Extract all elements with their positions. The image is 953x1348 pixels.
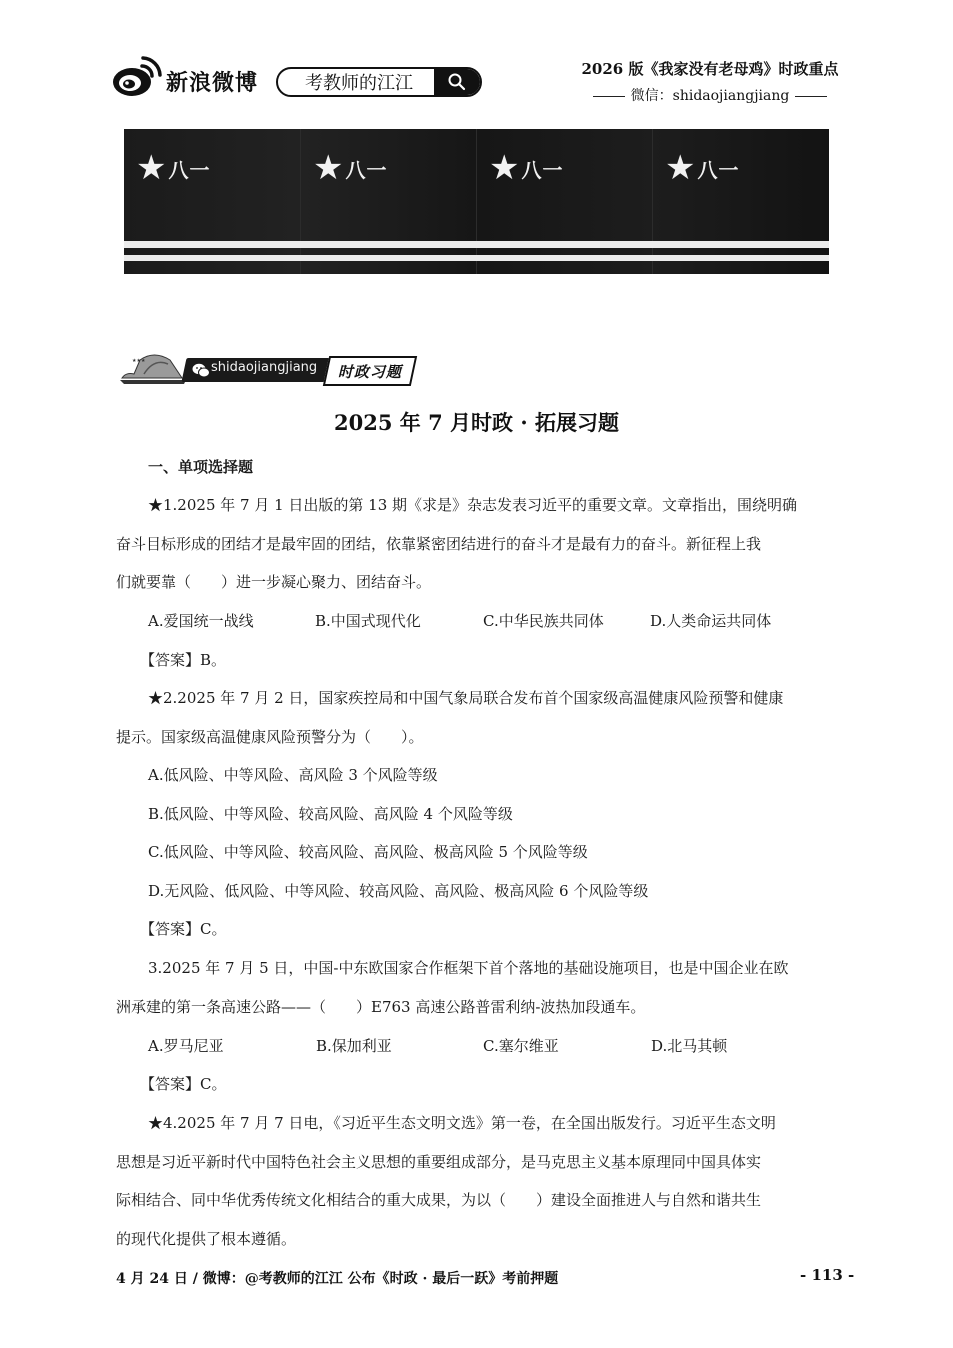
banner-stripe xyxy=(124,255,829,261)
question-3-line: 3.2025 年 7 月 5 日，中国-中东欧国家合作框架下首个落地的基础设施项… xyxy=(116,958,878,978)
svg-text:★★★: ★★★ xyxy=(132,358,146,364)
decorative-illustration-icon: ★★★ xyxy=(120,352,188,384)
banner-seam xyxy=(652,129,653,274)
footer-note: 4 月 24 日 / 微博：@考教师的江江 公布《时政 · 最后一跃》考前押题 xyxy=(116,1268,558,1288)
section-badge: ★★★ shidaojiangjiang 时政习题 xyxy=(116,352,412,386)
answer-1: 【答案】B。 xyxy=(116,650,870,670)
option-c: C.低风险、中等风险、较高风险、高风险、极高风险 5 个风险等级 xyxy=(116,842,878,862)
star-icon: ★ xyxy=(313,151,343,185)
question-1-line: 们就要靠（ ）进一步凝心聚力、团结奋斗。 xyxy=(116,572,846,592)
search-button[interactable] xyxy=(434,69,480,95)
document-title: 2025 年 7 月时政 · 拓展习题 xyxy=(0,407,953,437)
banner-stripe xyxy=(124,241,829,248)
option-b: B.保加利亚 xyxy=(316,1036,483,1056)
header-book-info: 2026 版《我家没有老母鸡》时政重点 微信：shidaojiangjiang xyxy=(560,58,860,105)
option-b: B.中国式现代化 xyxy=(315,611,483,631)
bayi-emblem: ★八一 xyxy=(665,151,739,185)
banner-seam xyxy=(476,129,477,274)
badge-wechat-id: shidaojiangjiang xyxy=(211,360,317,375)
star-icon: ★ xyxy=(665,151,695,185)
divider xyxy=(795,96,827,97)
option-c: C.中华民族共同体 xyxy=(483,611,650,631)
bayi-emblem: ★八一 xyxy=(136,151,210,185)
wechat-line: 微信：shidaojiangjiang xyxy=(560,85,860,105)
section-heading: 一、单项选择题 xyxy=(116,457,878,477)
weibo-search-box[interactable]: 考教师的江江 xyxy=(276,67,482,97)
option-a: A.爱国统一战线 xyxy=(148,611,315,631)
question-4-line: 的现代化提供了根本遵循。 xyxy=(116,1229,846,1249)
search-icon xyxy=(447,72,467,92)
book-title: 2026 版《我家没有老母鸡》时政重点 xyxy=(560,58,860,79)
weibo-logo-icon xyxy=(112,52,162,98)
star-icon: ★ xyxy=(136,151,166,185)
question-1-options: A.爱国统一战线 B.中国式现代化 C.中华民族共同体 D.人类命运共同体 xyxy=(116,611,878,631)
option-a: A.罗马尼亚 xyxy=(148,1036,316,1056)
weibo-brand-name: 新浪微博 xyxy=(166,66,258,97)
wechat-icon xyxy=(192,363,210,378)
question-4-line: ★4.2025 年 7 月 7 日电，《习近平生态文明文选》第一卷，在全国出版发… xyxy=(116,1113,878,1133)
option-c: C.塞尔维亚 xyxy=(483,1036,651,1056)
star-icon: ★ xyxy=(489,151,519,185)
search-query: 考教师的江江 xyxy=(278,69,434,95)
option-d: D.人类命运共同体 xyxy=(650,611,771,631)
option-d: D.无风险、低风险、中等风险、较高风险、高风险、极高风险 6 个风险等级 xyxy=(116,881,878,901)
question-2-line: 提示。国家级高温健康风险预警分为（ ）。 xyxy=(116,727,846,747)
question-2-line: ★2.2025 年 7 月 2 日，国家疾控局和中国气象局联合发布首个国家级高温… xyxy=(116,688,878,708)
option-b: B.低风险、中等风险、较高风险、高风险 4 个风险等级 xyxy=(116,804,878,824)
bayi-emblem: ★八一 xyxy=(489,151,563,185)
question-4-line: 际相结合、同中华优秀传统文化相结合的重大成果，为以（ ）建设全面推进人与自然和谐… xyxy=(116,1190,846,1210)
answer-3: 【答案】C。 xyxy=(116,1074,870,1094)
answer-2: 【答案】C。 xyxy=(116,919,870,939)
question-1-line: ★1.2025 年 7 月 1 日出版的第 13 期《求是》杂志发表习近平的重要… xyxy=(116,495,878,515)
question-3-options: A.罗马尼亚 B.保加利亚 C.塞尔维亚 D.北马其顿 xyxy=(116,1036,878,1056)
option-a: A.低风险、中等风险、高风险 3 个风险等级 xyxy=(116,765,878,785)
option-d: D.北马其顿 xyxy=(651,1036,727,1056)
bayi-banner-image: ★八一 ★八一 ★八一 ★八一 xyxy=(124,129,829,274)
banner-seam xyxy=(300,129,301,274)
wechat-label: 微信：shidaojiangjiang xyxy=(631,88,790,104)
page-number: - 113 - xyxy=(800,1266,854,1284)
divider xyxy=(593,96,625,97)
bayi-emblem: ★八一 xyxy=(313,151,387,185)
badge-tag: 时政习题 xyxy=(323,356,417,386)
question-3-line: 洲承建的第一条高速公路——（ ）E763 高速公路普雷利纳-波热加段通车。 xyxy=(116,997,846,1017)
question-4-line: 思想是习近平新时代中国特色社会主义思想的重要组成部分，是马克思主义基本原理同中国… xyxy=(116,1152,846,1172)
question-1-line: 奋斗目标形成的团结才是最牢固的团结，依靠紧密团结进行的奋斗才是最有力的奋斗。新征… xyxy=(116,534,846,554)
